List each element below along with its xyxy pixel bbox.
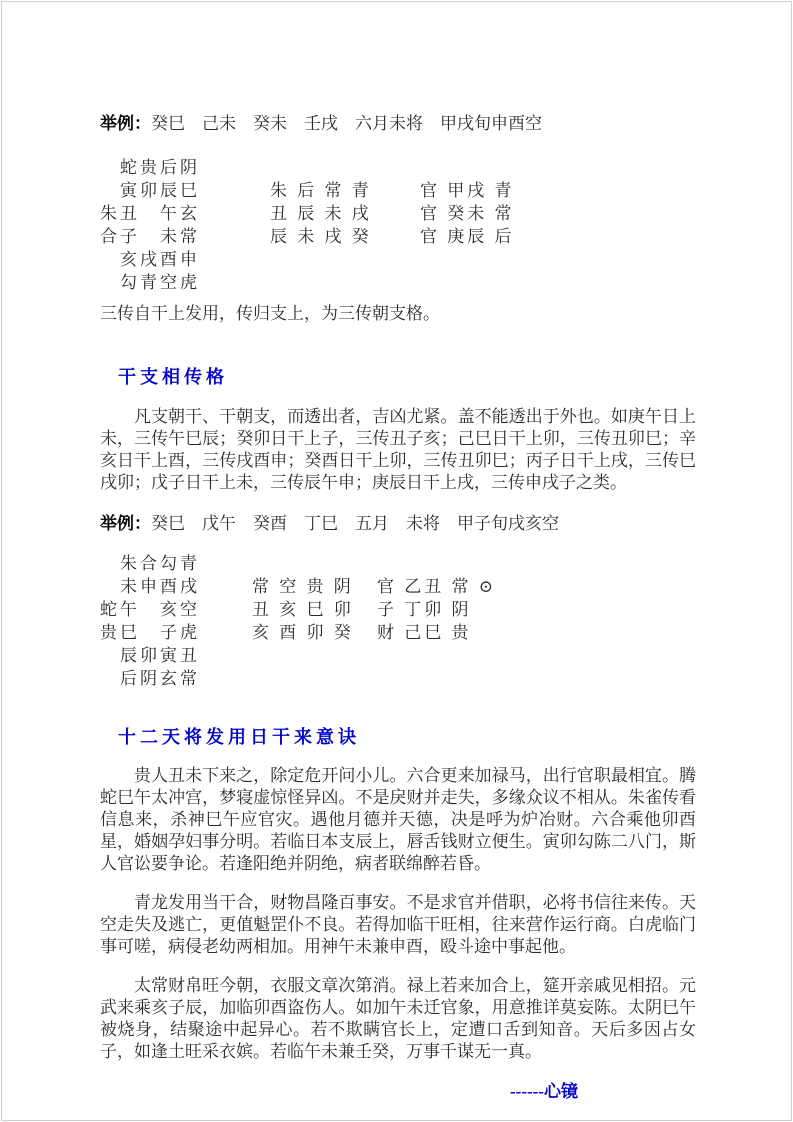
plate-cell: 合子 未常 [100, 225, 270, 248]
plate-cell: 亥 酉 卯 癸 [252, 621, 377, 644]
plate-row: 亥戌酉申 [100, 248, 696, 271]
example-line-1: 举例：癸巳 己未 癸未 壬戌 六月未将 甲戌旬申酉空 [100, 113, 696, 135]
plate-cell: 财 己巳 贵 [377, 621, 472, 644]
plate-row: 未申酉戌常 空 贵 阴官 乙丑 常 ⊙ [100, 575, 696, 598]
plate-cell: 贵巳 子虎 [100, 621, 252, 644]
plate-row: 朱合勾青 [100, 552, 696, 575]
plate-cell: 辰卯寅丑 [100, 644, 252, 667]
plate-cell: 朱 后 常 青 [270, 179, 420, 202]
example-label: 举例： [100, 514, 151, 533]
plate-cell: 常 空 贵 阴 [252, 575, 377, 598]
plate-cell [252, 667, 377, 690]
plate-row: 寅卯辰巳朱 后 常 青官 甲戌 青 [100, 179, 696, 202]
author-signature: ------心镜 [100, 1081, 696, 1103]
plate-cell: 勾青空虎 [100, 271, 270, 294]
example-text: 癸巳 戊午 癸酉 丁巳 五月 未将 甲子旬戌亥空 [151, 514, 559, 533]
plate-cell: 官 庚辰 后 [420, 225, 515, 248]
example-line-2: 举例：癸巳 戊午 癸酉 丁巳 五月 未将 甲子旬戌亥空 [100, 513, 696, 535]
plate-cell: 亥戌酉申 [100, 248, 270, 271]
plate-cell: 蛇贵后阴 [100, 156, 270, 179]
plate-row: 辰卯寅丑 [100, 644, 696, 667]
example-text: 癸巳 己未 癸未 壬戌 六月未将 甲戌旬申酉空 [151, 114, 542, 133]
divination-plate-1: 蛇贵后阴 寅卯辰巳朱 后 常 青官 甲戌 青 朱丑 午玄丑 辰 未 戌官 癸未 … [100, 156, 696, 294]
plate-cell: 未申酉戌 [100, 575, 252, 598]
plate-cell: 丑 亥 巳 卯 [252, 598, 377, 621]
plate-cell [252, 552, 377, 575]
plate-row: 后阴玄常 [100, 667, 696, 690]
document-content: 举例：癸巳 己未 癸未 壬戌 六月未将 甲戌旬申酉空 蛇贵后阴 寅卯辰巳朱 后 … [100, 96, 696, 1120]
plate-cell [270, 271, 420, 294]
plate-row: 蛇午 亥空丑 亥 巳 卯子 丁卯 阴 [100, 598, 696, 621]
plate-cell: 子 丁卯 阴 [377, 598, 472, 621]
verse-paragraph-1: 贵人丑未下来之，除定危开问小儿。六合更来加禄马，出行官职最相宜。腾蛇巳午太冲宫，… [100, 765, 696, 875]
plate-cell [270, 156, 420, 179]
plate-cell: 丑 辰 未 戌 [270, 202, 420, 225]
note-sanchuan: 三传自干上发用，传归支上，为三传朝支格。 [100, 303, 696, 325]
example-label: 举例： [100, 114, 151, 133]
plate-row: 合子 未常辰 未 戌 癸官 庚辰 后 [100, 225, 696, 248]
plate-cell: 官 甲戌 青 [420, 179, 515, 202]
section-body-ganzhi: 凡支朝干、干朝支，而透出者，吉凶尤紧。盖不能透出于外也。如庚午日上未，三传午巳辰… [100, 406, 696, 494]
document-page: 举例：癸巳 己未 癸未 壬戌 六月未将 甲戌旬申酉空 蛇贵后阴 寅卯辰巳朱 后 … [0, 0, 793, 1122]
plate-row: 贵巳 子虎亥 酉 卯 癸财 己巳 贵 [100, 621, 696, 644]
plate-cell [252, 644, 377, 667]
plate-cell: 后阴玄常 [100, 667, 252, 690]
plate-cell: 朱合勾青 [100, 552, 252, 575]
plate-cell: 官 癸未 常 [420, 202, 515, 225]
verse-paragraph-2: 青龙发用当干合，财物昌隆百事安。不是求官并借职，必将书信往来传。天空走失及逃亡，… [100, 892, 696, 958]
plate-cell: 寅卯辰巳 [100, 179, 270, 202]
plate-cell: 辰 未 戌 癸 [270, 225, 420, 248]
plate-row: 朱丑 午玄丑 辰 未 戌官 癸未 常 [100, 202, 696, 225]
section-heading-twelve-generals: 十二天将发用日干来意诀 [100, 726, 696, 748]
plate-cell: 朱丑 午玄 [100, 202, 270, 225]
section-heading-ganzhi: 干支相传格 [100, 366, 696, 388]
divination-plate-2: 朱合勾青 未申酉戌常 空 贵 阴官 乙丑 常 ⊙ 蛇午 亥空丑 亥 巳 卯子 丁… [100, 552, 696, 690]
verse-paragraph-3: 太常财帛旺今朝，衣服文章次第消。禄上若来加合上，筵开亲戚见相招。元武来乘亥子辰，… [100, 975, 696, 1063]
plate-row: 蛇贵后阴 [100, 156, 696, 179]
plate-cell [270, 248, 420, 271]
plate-row: 勾青空虎 [100, 271, 696, 294]
plate-cell: 官 乙丑 常 ⊙ [377, 575, 496, 598]
plate-cell: 蛇午 亥空 [100, 598, 252, 621]
